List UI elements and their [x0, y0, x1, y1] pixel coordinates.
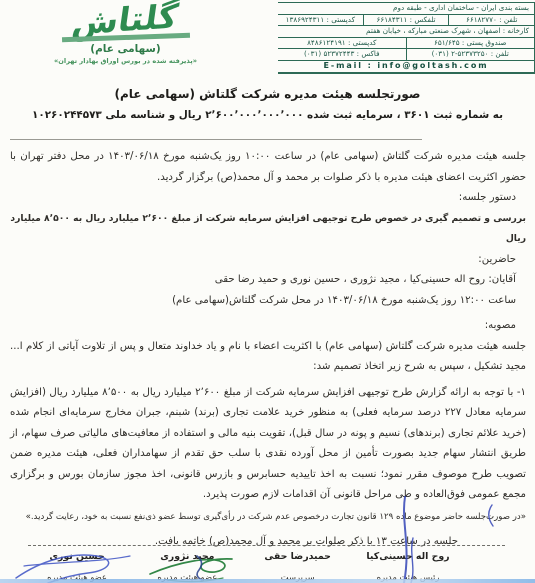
- signature-chairman: روح اله حسینی‌کیا رئیس هیئت مدیره: [353, 551, 463, 582]
- signer-name: حسین نوری: [22, 551, 132, 562]
- stock-exchange-note: «پذیرفته شده در بورس اوراق بهادار تهران»: [28, 57, 223, 65]
- company-logo-block: گلتاش (سهامی عام) «پذیرفته شده در بورس ا…: [28, 2, 223, 65]
- contact-info-table: بسته بندی ایران - ساختمان اداری - طبقه د…: [278, 2, 535, 74]
- signature-block: روح اله حسینی‌کیا رئیس هیئت مدیره حمیدرض…: [0, 545, 535, 582]
- resolution-heading: مصوبه:: [10, 316, 526, 337]
- contact-factory-postal-code: کدپستی : ۸۴۸۶۱۲۴۱۹۱: [278, 38, 406, 48]
- signer-name: روح اله حسینی‌کیا: [353, 551, 463, 562]
- scanned-document-page: گلتاش (سهامی عام) «پذیرفته شده در بورس ا…: [0, 0, 535, 583]
- signature-separator-line: [28, 545, 505, 546]
- signer-name: مجید نژوری: [132, 551, 242, 562]
- contact-row-factory: کارخانه : اصفهان ، شهرک صنعتی مبارکه ، خ…: [278, 26, 534, 38]
- contact-po-box: صندوق پستی : ۶۵۱/۶۴۵: [406, 38, 535, 48]
- title-separator-line: [10, 139, 422, 140]
- signer-name: حمیدرضا حقی: [243, 551, 353, 562]
- contact-row-email: E-mail : info@goltash.com: [278, 61, 534, 73]
- contact-factory-address: کارخانه : اصفهان ، شهرک صنعتی مبارکه ، خ…: [366, 26, 529, 36]
- company-type-label: (سهامی عام): [28, 43, 223, 55]
- attendees-heading: حاضرین:: [10, 250, 526, 271]
- signature-member-nojuri: مجید نژوری عضو هیئت مدیره: [132, 551, 242, 582]
- meeting-intro-paragraph: جلسه هیئت مدیره شرکت گلتاش (سهامی عام) د…: [10, 147, 526, 188]
- resolution-intro-paragraph: جلسه هیئت مدیره شرکت گلتاش (سهامی عام) ب…: [10, 337, 526, 378]
- contact-row-address: بسته بندی ایران - ساختمان اداری - طبقه د…: [278, 3, 534, 15]
- signature-supervisor: حمیدرضا حقی سرپرست: [243, 551, 353, 582]
- contact-factory-phone: تلفن : ۵۲۳۷۳۲۵۰-۲ (۰۳۱): [406, 49, 535, 59]
- document-title-block: صورتجلسه هیئت مدیره شرکت گلتاش (سهامی عا…: [0, 87, 535, 121]
- scan-edge-artifact: [0, 579, 535, 583]
- resolution-item-1: ۱- با توجه به ارائه گزارش طرح توجیهی افز…: [10, 383, 526, 506]
- contact-email: E-mail : info@goltash.com: [324, 61, 489, 71]
- agenda-item: بررسی و تصمیم گیری در خصوص طرح توجیهی اف…: [10, 209, 526, 250]
- registration-capital-line: به شماره ثبت ۳۶۰۱ ، سرمایه ثبت شده ۲٬۶۰۰…: [0, 109, 535, 121]
- contact-row-factory-phone-fax: تلفن : ۵۲۳۷۳۲۵۰-۲ (۰۳۱) فاکس : ۵۲۳۷۲۴۴۳ …: [278, 49, 534, 61]
- attendees-list: آقایان: روح اله حسینی‌کیا ، مجید نژوری ،…: [10, 270, 526, 291]
- document-body: جلسه هیئت مدیره شرکت گلتاش (سهامی عام) د…: [10, 147, 526, 553]
- contact-factory-fax: فاکس : ۵۲۳۷۲۴۴۳ (۰۳۱): [278, 49, 406, 59]
- signature-row: روح اله حسینی‌کیا رئیس هیئت مدیره حمیدرض…: [0, 551, 535, 582]
- agenda-heading: دستور جلسه:: [10, 188, 526, 209]
- document-title: صورتجلسه هیئت مدیره شرکت گلتاش (سهامی عا…: [0, 87, 535, 101]
- session-time-location: ساعت ۱۲:۰۰ روز یک‌شنبه مورخ ۱۴۰۳/۰۶/۱۸ د…: [10, 291, 526, 312]
- contact-row-pobox-zip: صندوق پستی : ۶۵۱/۶۴۵ کدپستی : ۸۴۸۶۱۲۴۱۹۱: [278, 38, 534, 50]
- signature-member-nouri: حسین نوری عضو هیئت مدیره: [22, 551, 132, 582]
- contact-phone: تلفن : ۶۶۱۸۲۷۷۰: [448, 15, 534, 25]
- contact-telefax: تلفکس : ۶۶۱۸۴۳۱۱: [363, 15, 449, 25]
- contact-postal-code: کدپستی : ۱۳۸۶۹۲۴۳۱۱: [278, 15, 363, 25]
- article-129-footnote: «در صورت‌جلسه حاضر موضوع ماده ۱۲۹ قانون …: [10, 510, 526, 524]
- contact-address: بسته بندی ایران - ساختمان اداری - طبقه د…: [393, 3, 529, 13]
- contact-row-phone-fax-zip: تلفن : ۶۶۱۸۲۷۷۰ تلفکس : ۶۶۱۸۴۳۱۱ کدپستی …: [278, 15, 534, 27]
